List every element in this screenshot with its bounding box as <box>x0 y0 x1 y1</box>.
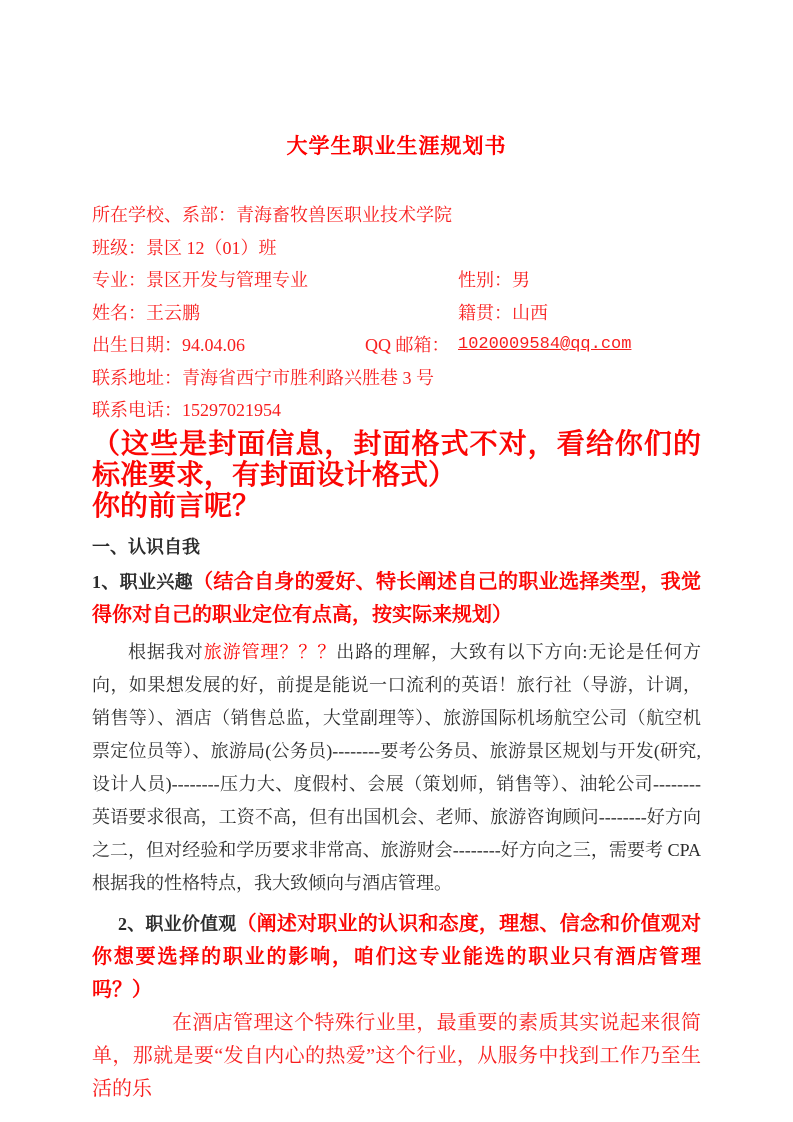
career-interest-paragraph: 根据我对旅游管理？？？出路的理解，大致有以下方向:无论是任何方向，如果想发展的好… <box>92 636 701 900</box>
address-line: 联系地址：青海省西宁市胜利路兴胜巷 3 号 <box>92 368 434 388</box>
qq-email-label: QQ 邮箱： <box>365 329 450 362</box>
info-row-name-origin: 姓名：王云鹏 籍贯：山西 <box>92 297 701 330</box>
sub1-heading-block: 1、职业兴趣（结合自身的爱好、特长阐述自己的职业选择类型，我觉得你对自己的职业定… <box>92 566 701 632</box>
cover-info-block: 所在学校、系部：青海畜牧兽医职业技术学院 班级：景区 12（01）班 专业：景区… <box>92 199 701 427</box>
info-row-major-gender: 专业：景区开发与管理专业 性别：男 <box>92 264 701 297</box>
major-line: 专业：景区开发与管理专业 <box>92 270 308 290</box>
teacher-comment-preface: 你的前言呢？ <box>92 491 701 522</box>
para1-rest: 出路的理解，大致有以下方向:无论是任何方向，如果想发展的好，前提是能说一口流利的… <box>92 642 701 893</box>
para1-red-query: 旅游管理？？？ <box>204 642 337 662</box>
school-line: 所在学校、系部：青海畜牧兽医职业技术学院 <box>92 205 452 225</box>
info-row-school: 所在学校、系部：青海畜牧兽医职业技术学院 <box>92 199 701 232</box>
gender-line: 性别：男 <box>458 264 530 297</box>
info-row-birth-qq: 出生日期：94.04.06 QQ 邮箱： 1020009584@qq.com <box>92 329 701 362</box>
document-title: 大学生职业生涯规划书 <box>92 133 701 159</box>
para1-pre: 根据我对 <box>128 642 204 662</box>
sub2-label: 2、职业价值观 <box>118 914 236 934</box>
sub1-label: 1、职业兴趣 <box>92 572 193 592</box>
birth-date-line: 出生日期：94.04.06 <box>92 335 245 355</box>
phone-line: 联系电话：15297021954 <box>92 400 281 420</box>
document-content: 大学生职业生涯规划书 所在学校、系部：青海畜牧兽医职业技术学院 班级：景区 12… <box>0 0 793 1106</box>
section1-heading: 一、认识自我 <box>92 536 701 558</box>
info-row-address: 联系地址：青海省西宁市胜利路兴胜巷 3 号 <box>92 362 701 395</box>
class-line: 班级：景区 12（01）班 <box>92 238 277 258</box>
sub2-heading-block: 2、职业价值观（阐述对职业的认识和态度，理想、信念和价值观对你想要选择的职业的影… <box>92 908 701 1007</box>
career-values-red-paragraph: 在酒店管理这个特殊行业里，最重要的素质其实说起来很简单，那就是要“发自内心的热爱… <box>92 1007 701 1106</box>
info-row-phone: 联系电话：15297021954 <box>92 394 701 427</box>
teacher-comment-cover: （这些是封面信息，封面格式不对，看给你们的标准要求，有封面设计格式） <box>92 429 701 491</box>
teacher-comment-cover-block: （这些是封面信息，封面格式不对，看给你们的标准要求，有封面设计格式） 你的前言呢… <box>92 429 701 522</box>
name-line: 姓名：王云鹏 <box>92 303 200 323</box>
qq-email-link[interactable]: 1020009584@qq.com <box>458 329 631 362</box>
document-page: 大学生职业生涯规划书 所在学校、系部：青海畜牧兽医职业技术学院 班级：景区 12… <box>0 0 793 1122</box>
info-row-class: 班级：景区 12（01）班 <box>92 232 701 265</box>
native-place-line: 籍贯：山西 <box>458 297 548 330</box>
